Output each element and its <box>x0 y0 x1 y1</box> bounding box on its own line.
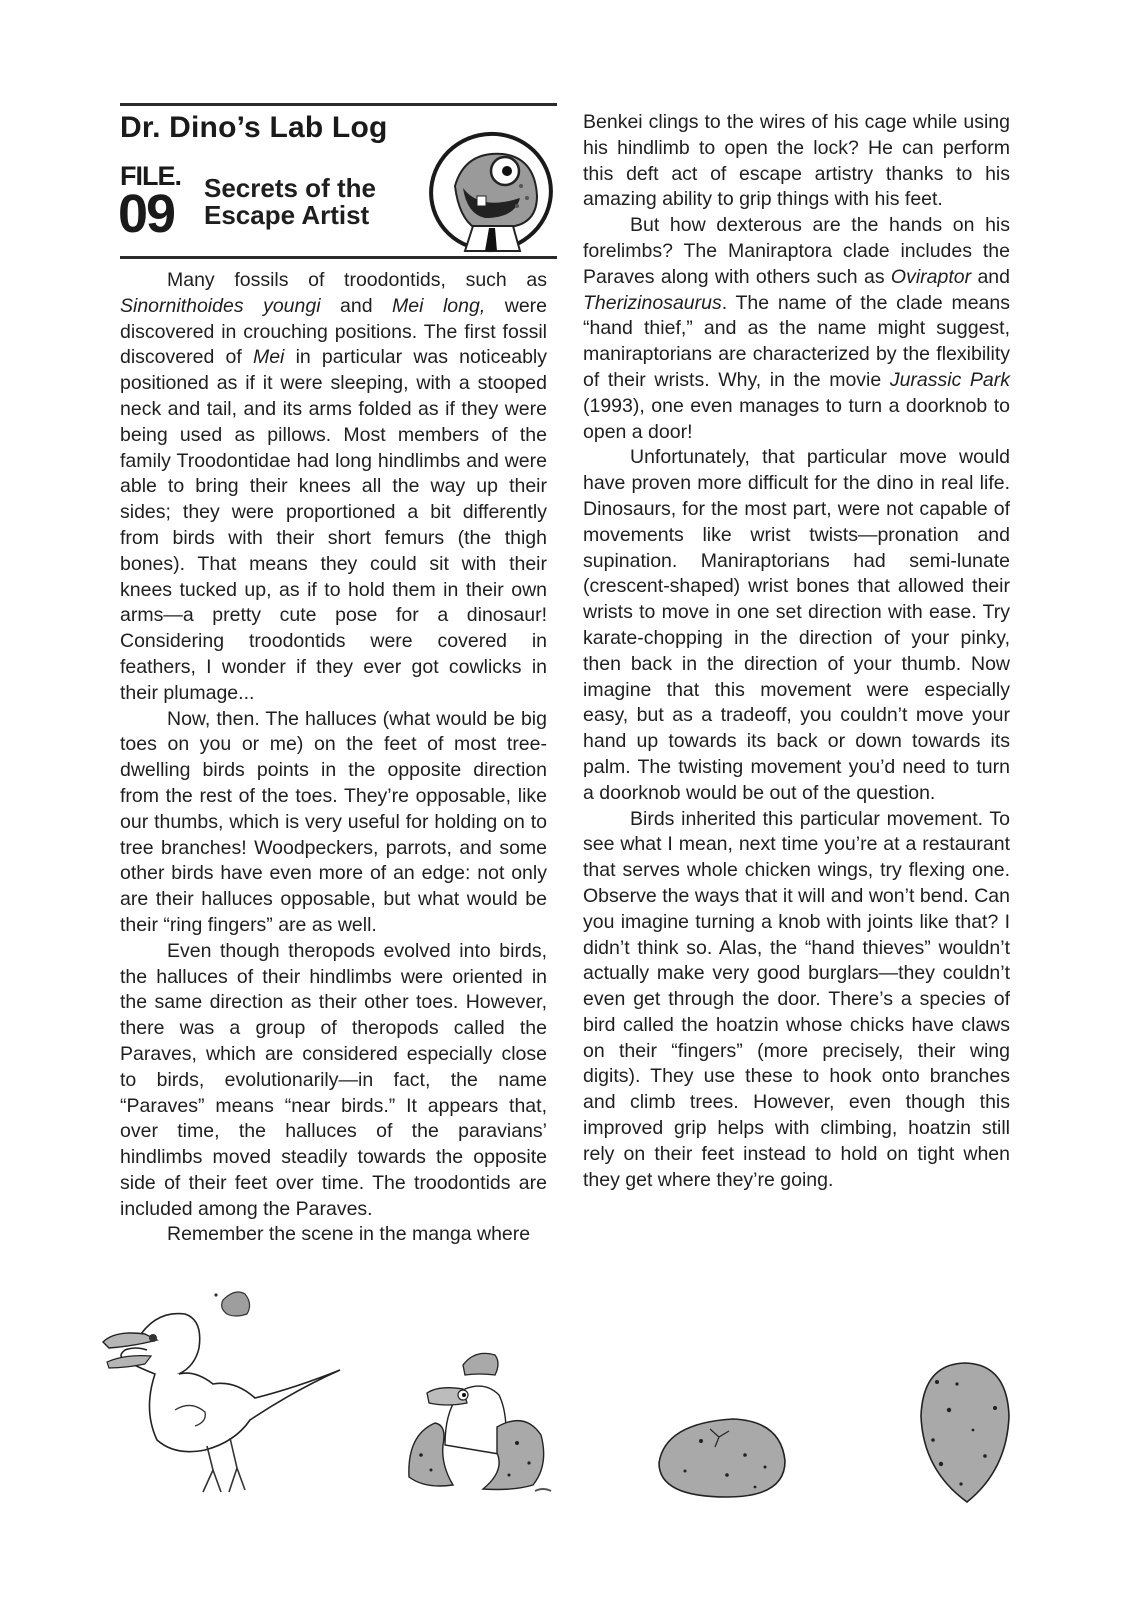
header-bottom-rule <box>120 256 557 259</box>
paragraph: Now, then. The halluces (what would be b… <box>120 707 547 939</box>
paragraph: Unfortunately, that particular move woul… <box>583 445 1010 806</box>
troodontid-chick-illustration <box>95 1270 355 1495</box>
paragraph: But how dexterous are the hands on his f… <box>583 213 1010 445</box>
header-top-rule <box>120 103 557 106</box>
file-number: 09 <box>118 187 174 241</box>
paragraph: Even though theropods evolved into birds… <box>120 939 547 1223</box>
log-title: Dr. Dino’s Lab Log <box>120 111 388 145</box>
left-text-column: Many fossils of troodontids, such as Sin… <box>120 268 547 1248</box>
dr-dino-mascot-icon <box>425 126 555 254</box>
subtitle-line-1: Secrets of the <box>204 175 376 202</box>
paragraph: Many fossils of troodontids, such as Sin… <box>120 268 547 707</box>
paragraph: Remember the scene in the manga where <box>120 1222 547 1248</box>
upright-egg-illustration <box>915 1360 1015 1505</box>
cracked-egg-illustration <box>655 1415 790 1500</box>
paragraph: Birds inherited this particular movement… <box>583 807 1010 1194</box>
subtitle-line-2: Escape Artist <box>204 202 376 229</box>
right-text-column: Benkei clings to the wires of his cage w… <box>583 110 1010 1193</box>
lab-log-header: Dr. Dino’s Lab Log FILE. 09 Secrets of t… <box>120 103 557 259</box>
file-subtitle: Secrets of the Escape Artist <box>204 175 376 229</box>
hatchling-in-egg-illustration <box>405 1345 565 1495</box>
paragraph: Benkei clings to the wires of his cage w… <box>583 110 1010 213</box>
lab-log-page: Dr. Dino’s Lab Log FILE. 09 Secrets of t… <box>0 0 1139 1600</box>
